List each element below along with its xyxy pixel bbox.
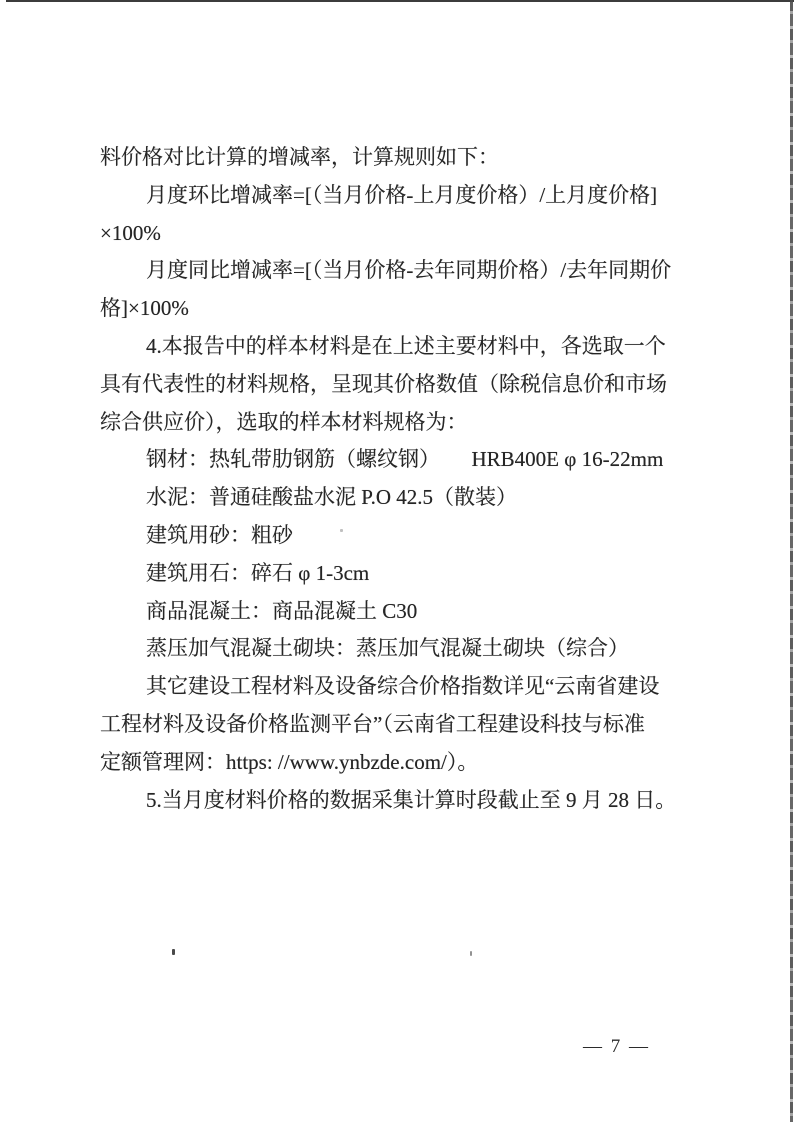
scan-speck [172, 949, 175, 955]
text-line: 月度同比增减率=[（当月价格-去年同期价格）/去年同期价 [100, 252, 678, 290]
text-line: 定额管理网：https: //www.ynbzde.com/）。 [100, 744, 678, 782]
scan-edge-right-line [790, 0, 793, 1122]
document-page: 料价格对比计算的增减率，计算规则如下： 月度环比增减率=[（当月价格-上月度价格… [0, 0, 794, 1122]
text-line: 料价格对比计算的增减率，计算规则如下： [100, 139, 678, 177]
text-line: 格]×100% [100, 290, 678, 328]
text-line: 蒸压加气混凝土砌块：蒸压加气混凝土砌块（综合） [100, 630, 678, 668]
scan-speck [470, 951, 472, 956]
text-line: 建筑用砂：粗砂 [100, 517, 678, 555]
text-line: 4.本报告中的样本材料是在上述主要材料中，各选取一个 [100, 328, 678, 366]
text-line: 具有代表性的材料规格，呈现其价格数值（除税信息价和市场 [100, 366, 678, 404]
page-number: — 7 — [583, 1036, 650, 1058]
text-line: ×100% [100, 215, 678, 253]
text-line: 工程材料及设备价格监测平台”（云南省工程建设科技与标准 [100, 706, 678, 744]
text-line: 商品混凝土：商品混凝土 C30 [100, 593, 678, 631]
scan-edge-top-line [6, 0, 794, 2]
text-line: 综合供应价），选取的样本材料规格为： [100, 404, 678, 442]
text-line: 月度环比增减率=[（当月价格-上月度价格）/上月度价格] [100, 177, 678, 215]
text-line: 水泥：普通硅酸盐水泥 P.O 42.5（散装） [100, 479, 678, 517]
text-line: 5.当月度材料价格的数据采集计算时段截止至 9 月 28 日。 [100, 782, 678, 820]
text-line: 其它建设工程材料及设备综合价格指数详见“云南省建设 [100, 668, 678, 706]
scan-speck [340, 529, 343, 532]
document-body: 料价格对比计算的增减率，计算规则如下： 月度环比增减率=[（当月价格-上月度价格… [100, 139, 678, 819]
text-line: 建筑用石：碎石 φ 1-3cm [100, 555, 678, 593]
text-line: 钢材：热轧带肋钢筋（螺纹钢） HRB400E φ 16-22mm [100, 441, 678, 479]
